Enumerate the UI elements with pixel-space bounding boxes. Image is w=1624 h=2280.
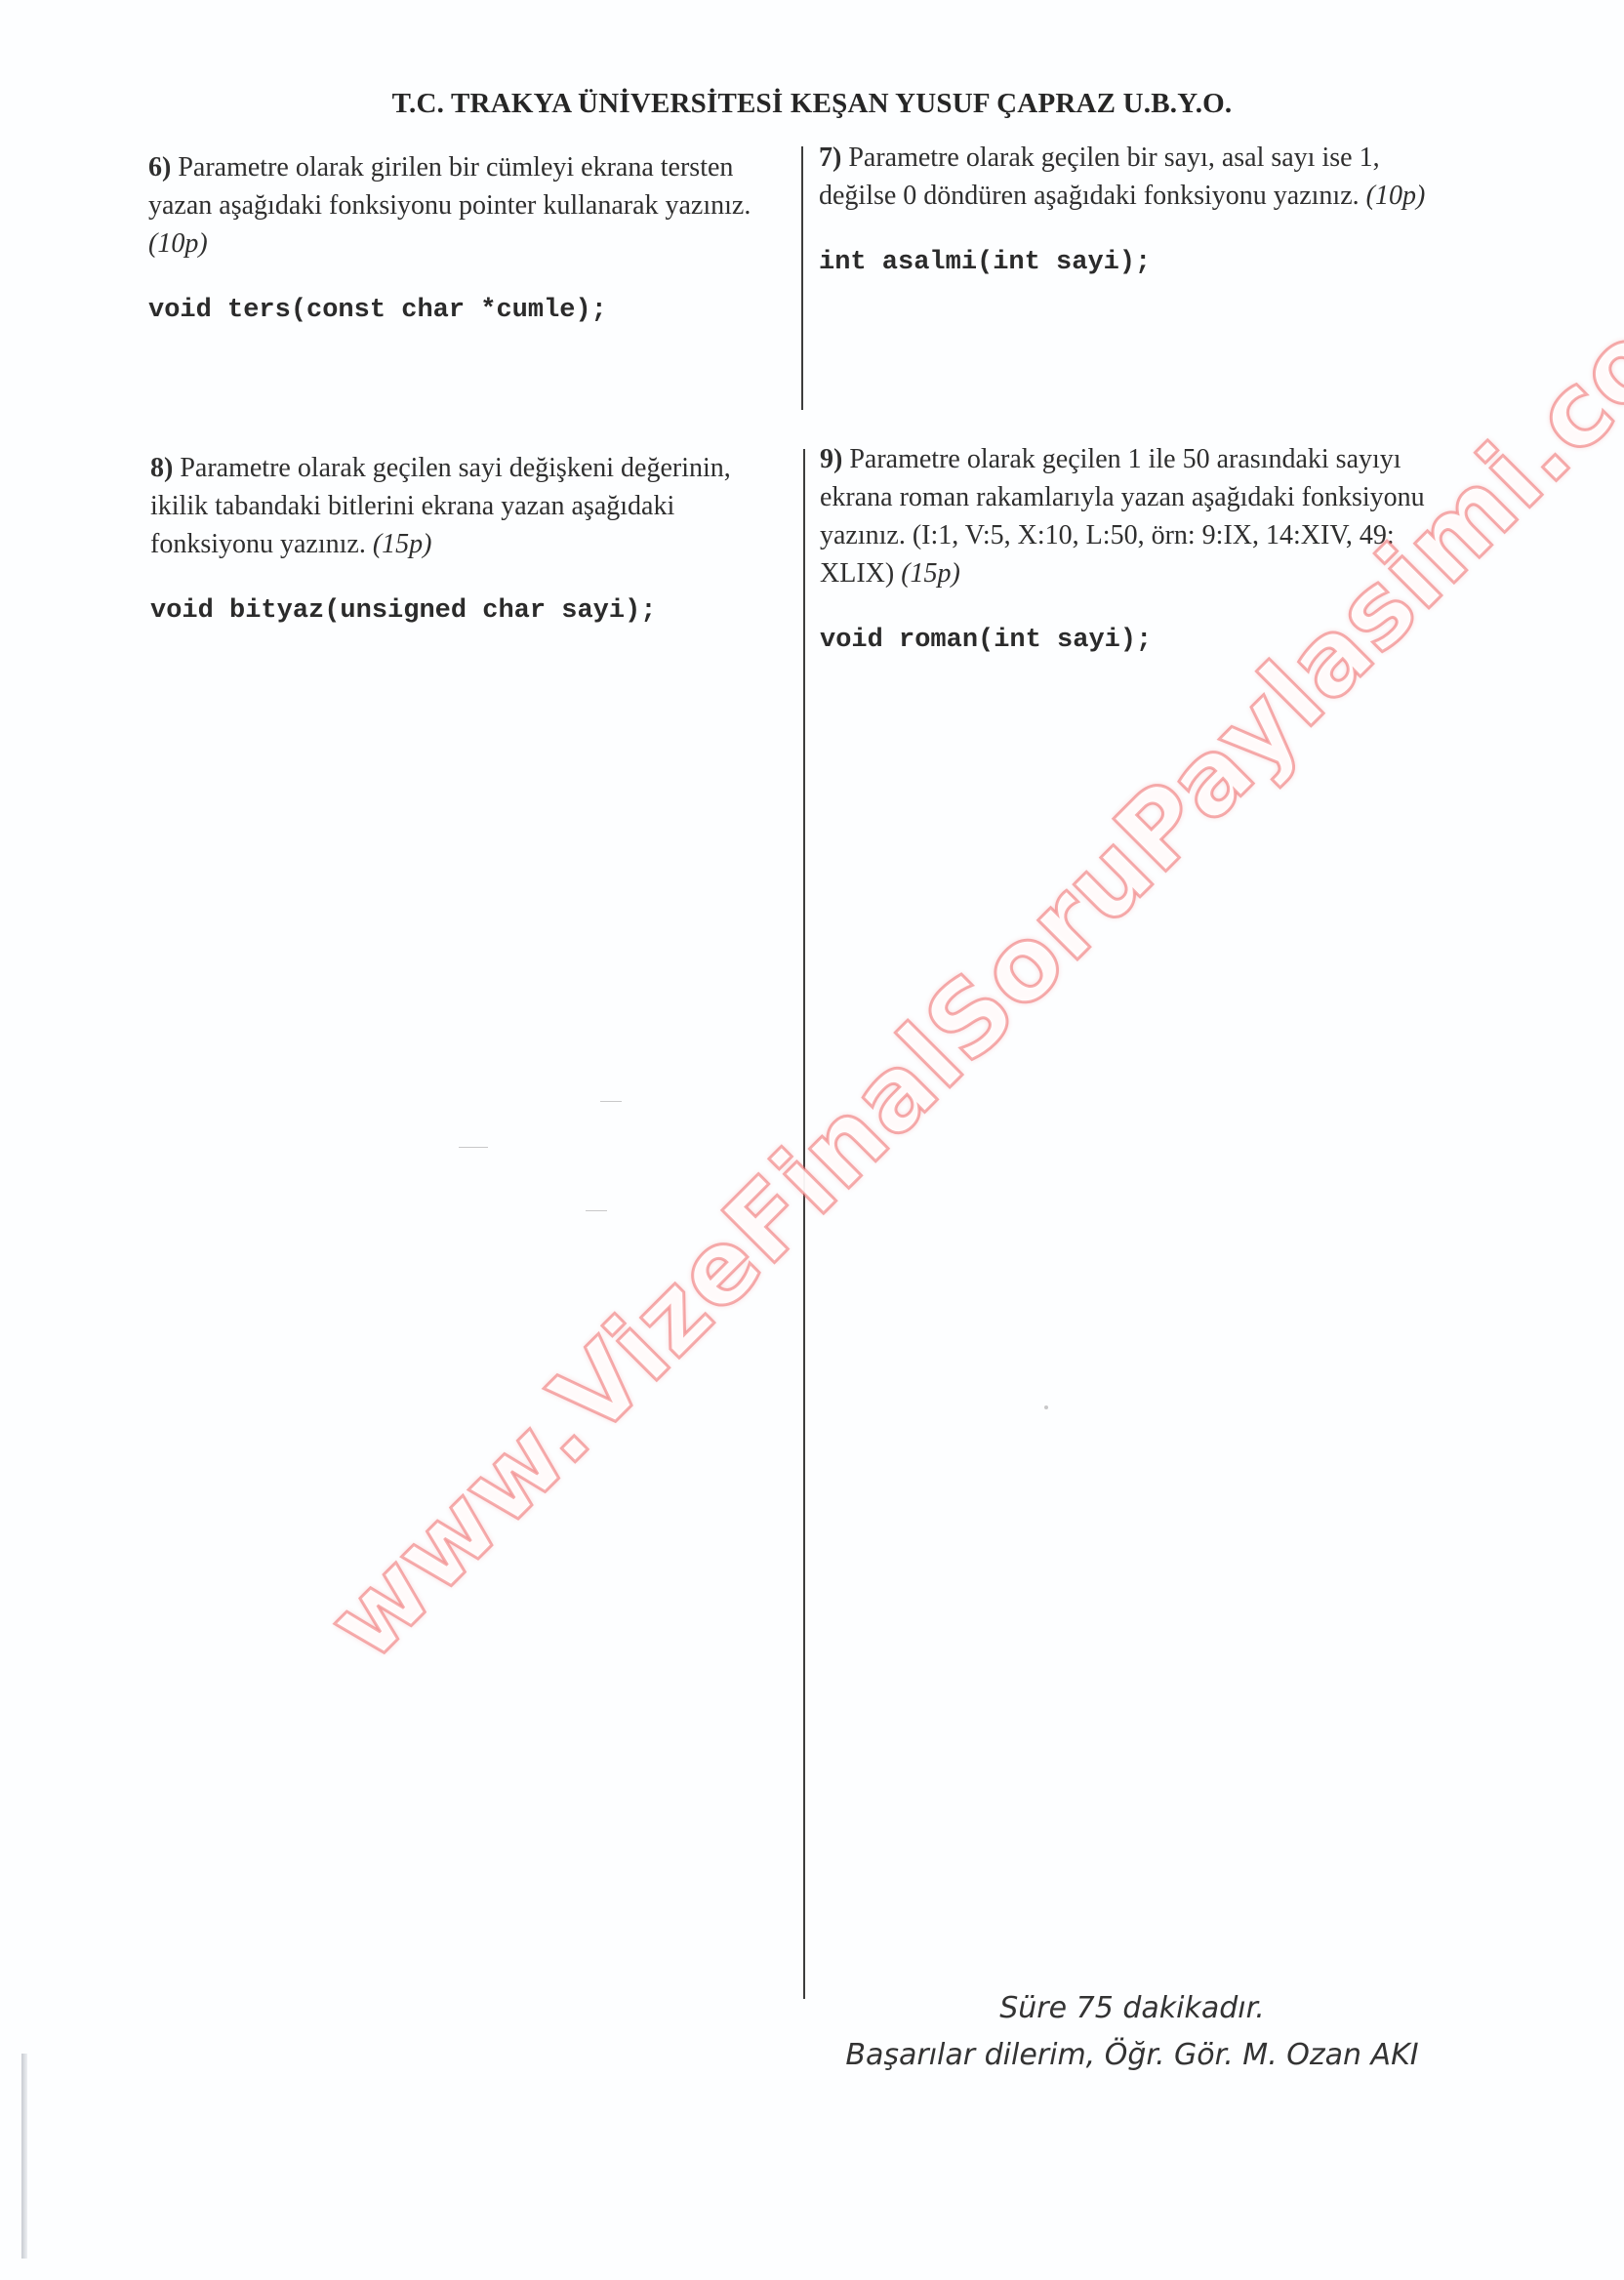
- question-text: Parametre olarak geçilen sayi değişkeni …: [150, 453, 731, 559]
- website-watermark: www.VizeFinalSoruPaylasimi.com: [304, 632, 1355, 1683]
- institution-header: T.C. TRAKYA ÜNİVERSİTESİ KEŞAN YUSUF ÇAP…: [0, 88, 1624, 120]
- question-8: 8) Parametre olarak geçilen sayi değişke…: [150, 449, 794, 626]
- instructor-signoff: Başarılar dilerim, Öğr. Gör. M. Ozan AKI: [781, 2032, 1483, 2079]
- question-points: (10p): [1366, 181, 1426, 211]
- question-prompt: 7) Parametre olarak geçilen bir sayı, as…: [819, 139, 1463, 215]
- question-prompt: 8) Parametre olarak geçilen sayi değişke…: [150, 449, 794, 563]
- question-number: 6): [148, 152, 171, 183]
- column-divider-top: [801, 146, 803, 410]
- question-number: 8): [150, 453, 173, 483]
- function-signature: void ters(const char *cumle);: [148, 296, 792, 325]
- question-text: Parametre olarak girilen bir cümleyi ekr…: [148, 152, 751, 221]
- question-points: (10p): [148, 228, 208, 259]
- scanned-page-edge: [21, 2054, 27, 2259]
- function-signature: void roman(int sayi);: [820, 626, 1464, 655]
- question-prompt: 6) Parametre olarak girilen bir cümleyi …: [148, 148, 792, 263]
- question-number: 7): [819, 142, 841, 173]
- question-points: (15p): [373, 529, 432, 559]
- question-points: (15p): [901, 558, 960, 589]
- function-signature: void bityaz(unsigned char sayi);: [150, 596, 794, 626]
- scan-speck: [459, 1147, 488, 1148]
- scan-speck: [1044, 1405, 1048, 1409]
- question-prompt: 9) Parametre olarak geçilen 1 ile 50 ara…: [820, 440, 1464, 592]
- question-number: 9): [820, 444, 842, 474]
- question-7: 7) Parametre olarak geçilen bir sayı, as…: [819, 139, 1463, 277]
- question-text: Parametre olarak geçilen bir sayı, asal …: [819, 142, 1380, 211]
- question-6: 6) Parametre olarak girilen bir cümleyi …: [148, 148, 792, 325]
- question-9: 9) Parametre olarak geçilen 1 ile 50 ara…: [820, 440, 1464, 655]
- column-divider-bottom: [803, 449, 805, 1999]
- scan-speck: [586, 1210, 607, 1211]
- function-signature: int asalmi(int sayi);: [819, 248, 1463, 277]
- exam-footer: Süre 75 dakikadır. Başarılar dilerim, Öğ…: [781, 1985, 1483, 2079]
- exam-duration: Süre 75 dakikadır.: [781, 1985, 1483, 2032]
- scan-speck: [600, 1101, 622, 1102]
